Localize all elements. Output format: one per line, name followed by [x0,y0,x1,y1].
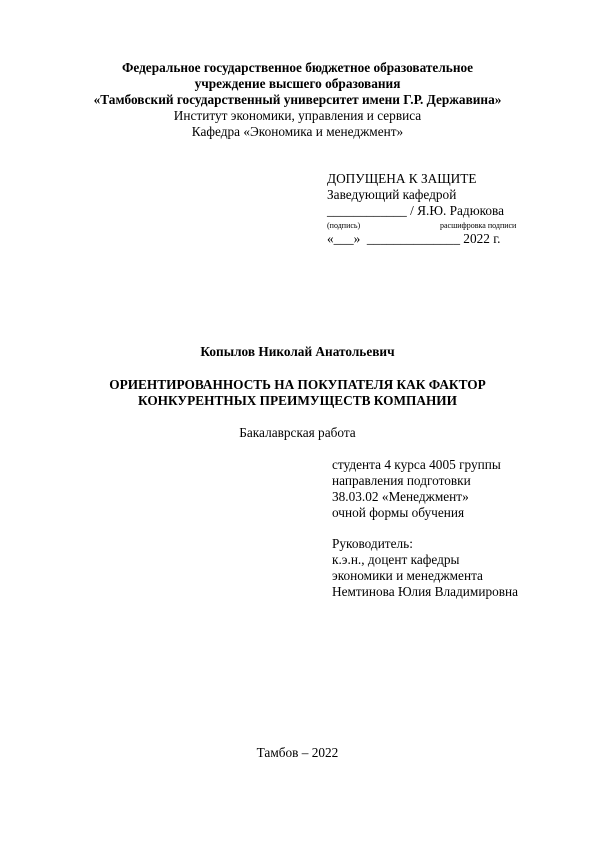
approval-position: Заведующий кафедрой [327,187,456,203]
university-name: «Тамбовский государственный университет … [0,92,595,108]
student-info-line: направления подготовки [332,473,471,489]
work-type: Бакалаврская работа [0,425,595,441]
thesis-title-line-1: ОРИЕНТИРОВАННОСТЬ НА ПОКУПАТЕЛЯ КАК ФАКТ… [0,377,595,393]
student-info-line: 38.03.02 «Менеджмент» [332,489,469,505]
header-line-1: Федеральное государственное бюджетное об… [0,60,595,76]
city-year: Тамбов – 2022 [0,745,595,761]
signature-caption: (подпись) [327,221,360,231]
institute-name: Институт экономики, управления и сервиса [0,108,595,124]
signature-line: ____________ / Я.Ю. Радюкова [327,203,504,219]
department-name: Кафедра «Экономика и менеджмент» [0,124,595,140]
author-name: Копылов Николай Анатольевич [0,344,595,360]
decode-caption: расшифровка подписи [440,221,516,231]
supervisor-line: экономики и менеджмента [332,568,483,584]
student-info-line: студента 4 курса 4005 группы [332,457,501,473]
header-line-2: учреждение высшего образования [0,76,595,92]
approval-title: ДОПУЩЕНА К ЗАЩИТЕ [327,171,476,187]
thesis-title-line-2: КОНКУРЕНТНЫХ ПРЕИМУЩЕСТВ КОМПАНИИ [0,393,595,409]
date-line: «___» ______________ 2022 г. [327,231,501,247]
supervisor-name: Немтинова Юлия Владимировна [332,584,518,600]
supervisor-label: Руководитель: [332,536,413,552]
student-info-line: очной формы обучения [332,505,464,521]
supervisor-line: к.э.н., доцент кафедры [332,552,459,568]
